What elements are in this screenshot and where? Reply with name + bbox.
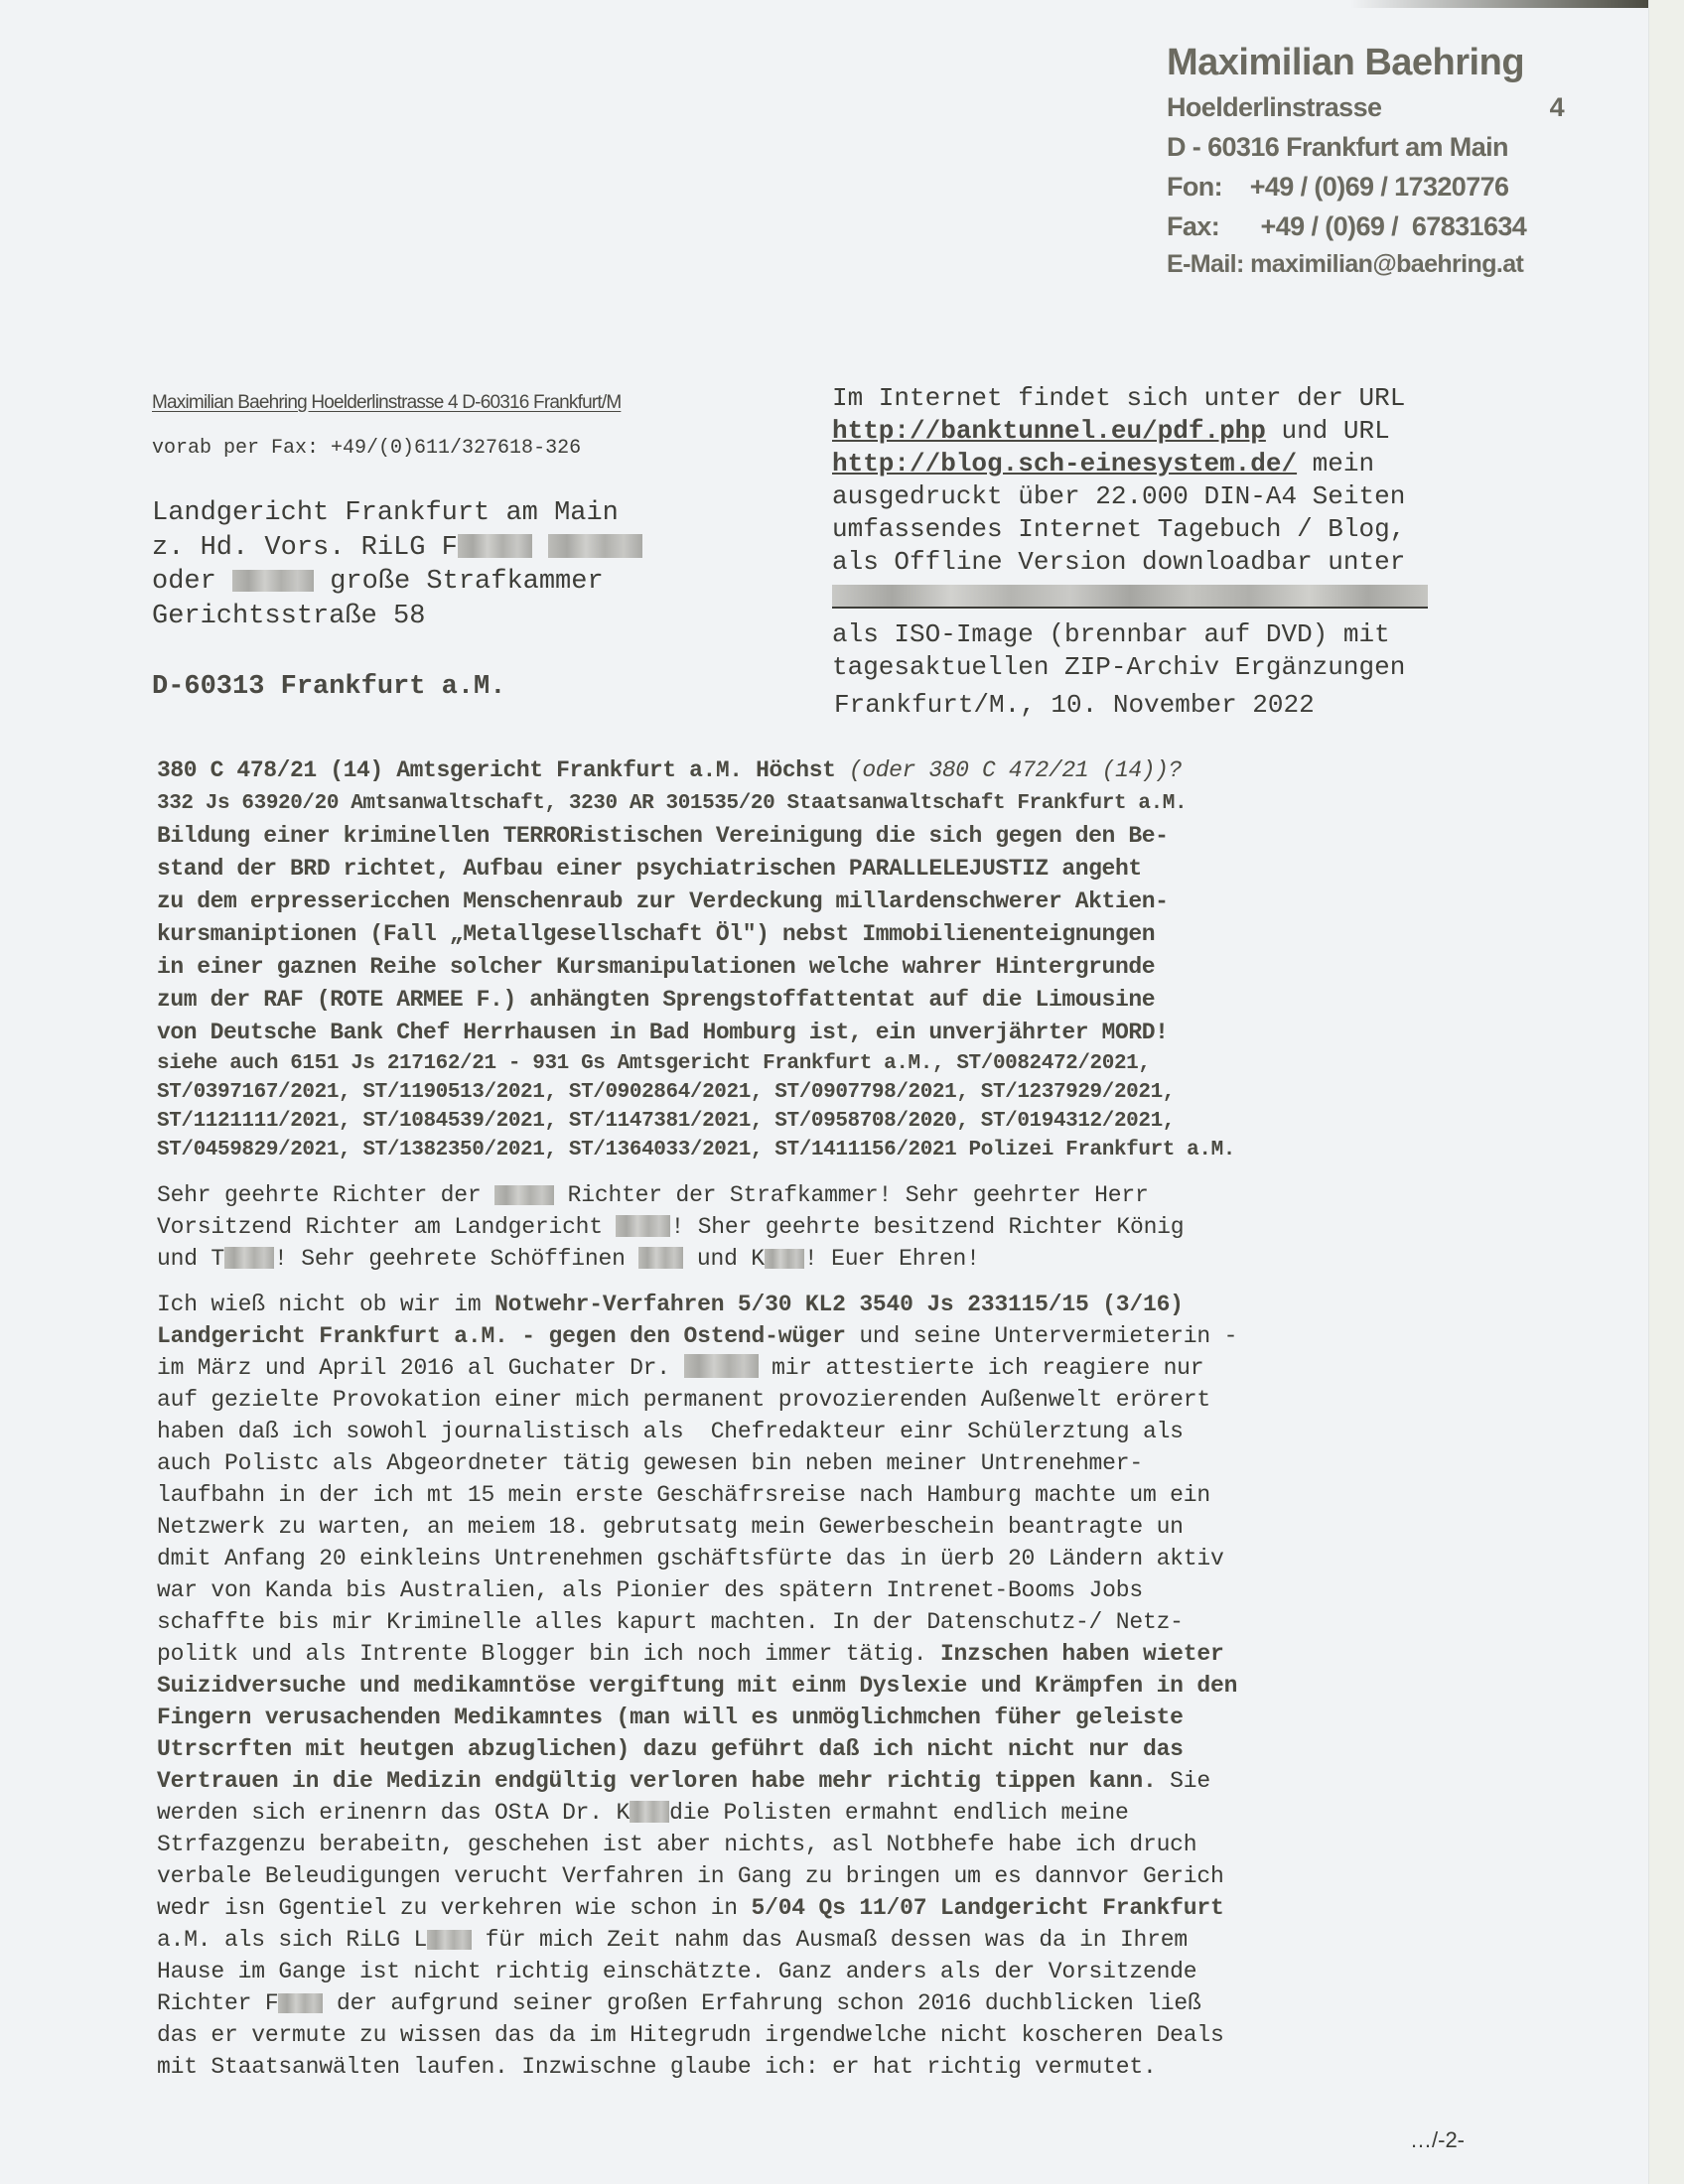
text: politk und als Intrente Blogger bin ich … <box>157 1641 940 1667</box>
case-reference: 5/04 Qs 11/07 Landgericht Frankfurt <box>752 1895 1224 1921</box>
body-line: auf gezielte Provokation einer mich perm… <box>157 1384 1487 1416</box>
see-also-line: siehe auch 6151 Js 217162/21 - 931 Gs Am… <box>157 1049 1487 1078</box>
attention-text: z. Hd. Vors. RiLG F <box>152 533 458 563</box>
street-name: Hoelderlinstrasse <box>1167 87 1381 127</box>
info-text: und URL <box>1266 416 1390 446</box>
fax-number: +49 / (0)69 / 67831634 <box>1261 211 1527 241</box>
body-line: das er vermute zu wissen das da im Hiteg… <box>157 2019 1487 2051</box>
body-line: Hause im Gange ist nicht richtig einschä… <box>157 1956 1487 1987</box>
body-line: Ich wieß nicht ob wir im Notwehr-Verfahr… <box>157 1289 1487 1320</box>
phone-number: +49 / (0)69 / 17320776 <box>1250 172 1509 202</box>
body-line: Suizidversuche und medikamntöse vergiftu… <box>157 1670 1487 1702</box>
text: Richter F <box>157 1990 278 2016</box>
body-line: a.M. als sich RiLG L für mich Zeit nahm … <box>157 1924 1487 1956</box>
recipient-chamber: oder große Strafkammer <box>152 565 642 600</box>
advance-fax-line: vorab per Fax: +49/(0)611/327618-326 <box>152 437 581 460</box>
body-line: Richter F der aufgrund seiner großen Erf… <box>157 1987 1487 2019</box>
redacted-name <box>630 1801 669 1823</box>
body-line: Strfazgenzu berabeitn, geschehen ist abe… <box>157 1829 1487 1860</box>
text: Ich wieß nicht ob wir im <box>157 1292 494 1317</box>
salutation-line: Vorsitzend Richter am Landgericht ! Sher… <box>157 1211 1487 1243</box>
house-number: 4 <box>1550 87 1564 127</box>
see-also-line: ST/0397167/2021, ST/1190513/2021, ST/090… <box>157 1078 1487 1107</box>
recipient-city: D-60313 Frankfurt a.M. <box>152 672 505 702</box>
see-also-line: ST/1121111/2021, ST/1084539/2021, ST/114… <box>157 1107 1487 1136</box>
text: und K <box>683 1246 765 1272</box>
phone-label: Fon: <box>1167 172 1222 202</box>
sender-fax: Fax: +49 / (0)69 / 67831634 <box>1167 206 1564 246</box>
text: und seine Untervermieterin - <box>846 1323 1237 1349</box>
case-number: 380 C 478/21 (14) Amtsgericht Frankfurt … <box>157 757 849 783</box>
info-line <box>832 579 1507 618</box>
body-line: dmit Anfang 20 einkleins Untrenehmen gsc… <box>157 1543 1487 1574</box>
ref-line: zu dem erpressericchen Menschenraub zur … <box>157 886 1487 918</box>
text: Richter der Strafkammer! Sehr geehrter H… <box>554 1182 1149 1208</box>
redacted-download-url <box>832 585 1428 609</box>
text: die Polisten ermahnt endlich meine <box>669 1800 1128 1826</box>
body-line: mit Staatsanwälten laufen. Inzwischne gl… <box>157 2051 1487 2083</box>
redacted-name <box>278 1993 323 2013</box>
text: mir attestierte ich reagiere nur <box>759 1355 1204 1381</box>
redacted-text <box>494 1185 554 1205</box>
body-line: laufbahn in der ich mt 15 mein erste Ges… <box>157 1479 1487 1511</box>
body-line: haben daß ich sowohl journalistisch als … <box>157 1416 1487 1447</box>
salutation-line: Sehr geehrte Richter der Richter der Str… <box>157 1179 1487 1211</box>
text: im März und April 2016 al Guchater Dr. <box>157 1355 684 1381</box>
sender-name: Maximilian Baehring <box>1167 38 1564 87</box>
letterhead: Maximilian Baehring Hoelderlinstrasse 4 … <box>1167 38 1564 282</box>
ref-line: zum der RAF (ROTE ARMEE F.) anhängten Sp… <box>157 984 1487 1017</box>
redacted-name <box>427 1930 472 1950</box>
letter-body: Ich wieß nicht ob wir im Notwehr-Verfahr… <box>157 1289 1487 2083</box>
ref-line: in einer gaznen Reihe solcher Kursmanipu… <box>157 951 1487 984</box>
ref-line: stand der BRD richtet, Aufbau einer psyc… <box>157 853 1487 886</box>
body-line: wedr isn Ggentiel zu verkehren wie schon… <box>157 1892 1487 1924</box>
info-text: mein <box>1297 449 1374 478</box>
sender-phone: Fon: +49 / (0)69 / 17320776 <box>1167 167 1564 206</box>
return-address-line: Maximilian Baehring Hoelderlinstrasse 4 … <box>152 392 621 414</box>
ref-line: 380 C 478/21 (14) Amtsgericht Frankfurt … <box>157 754 1487 787</box>
info-line: als Offline Version downloadbar unter <box>832 546 1507 579</box>
text: ! Sher geehrte besitzend Richter König <box>670 1214 1184 1240</box>
page-continuation: …/-2- <box>1410 2127 1465 2153</box>
scan-edge <box>1350 0 1648 8</box>
body-line: politk und als Intrente Blogger bin ich … <box>157 1638 1487 1670</box>
recipient-court: Landgericht Frankfurt am Main <box>152 496 642 531</box>
info-line: tagesaktuellen ZIP-Archiv Ergänzungen <box>832 651 1507 684</box>
subject-reference: 380 C 478/21 (14) Amtsgericht Frankfurt … <box>157 754 1487 1164</box>
text: Sehr geehrte Richter der <box>157 1182 494 1208</box>
ref-line: Bildung einer kriminellen TERRORistische… <box>157 820 1487 853</box>
text: Vorsitzend Richter am Landgericht <box>157 1214 616 1240</box>
chamber-suffix: große Strafkammer <box>314 567 604 597</box>
info-line: ausgedruckt über 22.000 DIN-A4 Seiten <box>832 480 1507 513</box>
body-line: Landgericht Frankfurt a.M. - gegen den O… <box>157 1320 1487 1352</box>
chamber-prefix: oder <box>152 567 232 597</box>
redacted-name <box>684 1354 759 1378</box>
redacted-name <box>458 534 532 558</box>
url-banktunnel[interactable]: http://banktunnel.eu/pdf.php <box>832 416 1266 446</box>
case-reference: Notwehr-Verfahren 5/30 KL2 3540 Js 23311… <box>494 1292 1184 1317</box>
text: der aufgrund seiner großen Erfahrung sch… <box>323 1990 1200 2016</box>
emphasis: Vertrauen in die Medizin endgültig verlo… <box>157 1768 1157 1794</box>
body-line: auch Polistc als Abgeordneter tätig gewe… <box>157 1447 1487 1479</box>
recipient-address: Landgericht Frankfurt am Main z. Hd. Vor… <box>152 496 642 633</box>
body-line: werden sich erinenrn das OStA Dr. Kdie P… <box>157 1797 1487 1829</box>
redacted-name <box>765 1249 804 1269</box>
text: a.M. als sich RiLG L <box>157 1927 427 1953</box>
sender-street: Hoelderlinstrasse 4 <box>1167 87 1564 127</box>
body-line: verbale Beleudigungen verucht Verfahren … <box>157 1860 1487 1892</box>
info-line: http://banktunnel.eu/pdf.php und URL <box>832 415 1507 448</box>
emphasis: Fingern verusachenden Medikamntes (man w… <box>157 1705 1184 1730</box>
sender-email: E-Mail: maximilian@baehring.at <box>1167 246 1564 282</box>
see-also-line: ST/0459829/2021, ST/1382350/2021, ST/136… <box>157 1136 1487 1164</box>
ref-line: kursmaniptionen (Fall „Metallgesellschaf… <box>157 918 1487 951</box>
text: ! Euer Ehren! <box>804 1246 980 1272</box>
body-line: Netzwerk zu warten, an meiem 18. gebruts… <box>157 1511 1487 1543</box>
recipient-attention: z. Hd. Vors. RiLG F <box>152 531 642 566</box>
body-line: Fingern verusachenden Medikamntes (man w… <box>157 1702 1487 1733</box>
fax-label: Fax: <box>1167 211 1219 241</box>
text: ! Sehr geehrete Schöffinen <box>274 1246 638 1272</box>
redacted-chamber-number <box>232 570 314 592</box>
text: für mich Zeit nahm das Ausmaß dessen was… <box>472 1927 1188 1953</box>
emphasis: Inzschen haben wieter <box>940 1641 1224 1667</box>
info-line: umfassendes Internet Tagebuch / Blog, <box>832 513 1507 546</box>
info-line: Im Internet findet sich unter der URL <box>832 382 1507 415</box>
redacted-name <box>616 1215 670 1237</box>
case-reference: Landgericht Frankfurt a.M. - gegen den O… <box>157 1323 846 1349</box>
scan-border <box>1648 0 1684 2184</box>
letter-date: Frankfurt/M., 10. November 2022 <box>834 690 1315 720</box>
redacted-name <box>224 1247 274 1269</box>
text: wedr isn Ggentiel zu verkehren wie schon… <box>157 1895 752 1921</box>
ref-line: von Deutsche Bank Chef Herrhausen in Bad… <box>157 1017 1487 1049</box>
salutation: Sehr geehrte Richter der Richter der Str… <box>157 1179 1487 1275</box>
text: und T <box>157 1246 224 1272</box>
recipient-street: Gerichtsstraße 58 <box>152 600 642 634</box>
body-line: schaffte bis mir Kriminelle alles kapurt… <box>157 1606 1487 1638</box>
text: werden sich erinenrn das OStA Dr. K <box>157 1800 630 1826</box>
redacted-name <box>638 1247 683 1269</box>
text: Sie <box>1157 1768 1210 1794</box>
body-line: Utrscrften mit heutgen abzuglichen) dazu… <box>157 1733 1487 1765</box>
case-number-alt: (oder 380 C 472/21 (14))? <box>849 757 1182 783</box>
ref-line: 332 Js 63920/20 Amtsanwaltschaft, 3230 A… <box>157 787 1487 820</box>
body-line: Vertrauen in die Medizin endgültig verlo… <box>157 1765 1487 1797</box>
info-block: Im Internet findet sich unter der URL ht… <box>832 382 1507 684</box>
emphasis: Utrscrften mit heutgen abzuglichen) dazu… <box>157 1736 1184 1762</box>
info-line: http://blog.sch-einesystem.de/ mein <box>832 448 1507 480</box>
salutation-line: und T! Sehr geehrete Schöffinen und K! E… <box>157 1243 1487 1275</box>
info-line: als ISO-Image (brennbar auf DVD) mit <box>832 618 1507 651</box>
sender-city: D - 60316 Frankfurt am Main <box>1167 127 1564 167</box>
body-line: war von Kanda bis Australien, als Pionie… <box>157 1574 1487 1606</box>
redacted-name <box>548 534 642 558</box>
letter-page: Maximilian Baehring Hoelderlinstrasse 4 … <box>0 0 1648 2184</box>
url-blog[interactable]: http://blog.sch-einesystem.de/ <box>832 449 1297 478</box>
emphasis: Suizidversuche und medikamntöse vergiftu… <box>157 1673 1237 1699</box>
body-line: im März und April 2016 al Guchater Dr. m… <box>157 1352 1487 1384</box>
